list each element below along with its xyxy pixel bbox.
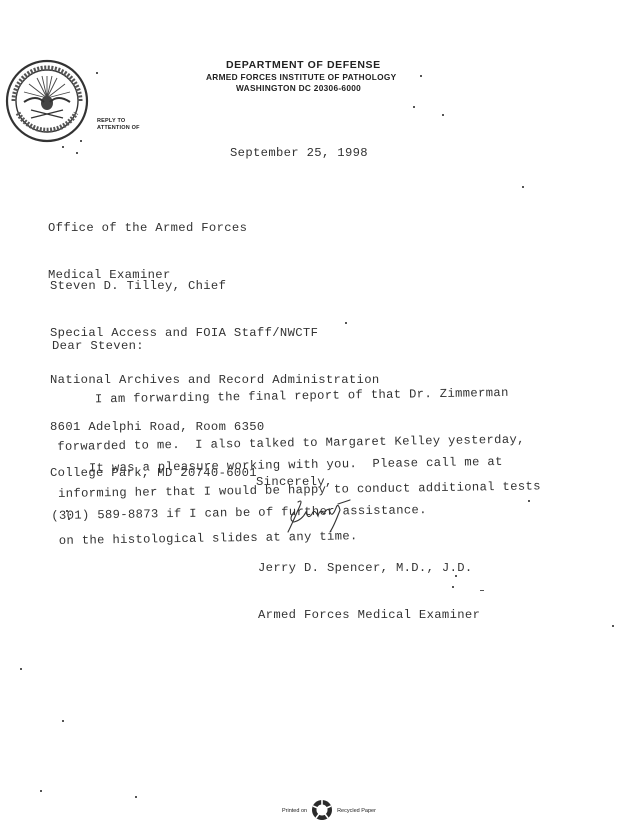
- footer-left-text: Printed on: [282, 808, 307, 814]
- scan-speck: [62, 720, 64, 722]
- reply-to-line: REPLY TO: [97, 118, 140, 125]
- scan-speck: [68, 518, 70, 520]
- scan-speck: [528, 500, 530, 502]
- scan-speck: [420, 75, 422, 77]
- scan-speck: [62, 146, 64, 148]
- scan-speck: [66, 510, 68, 512]
- signer-block: Jerry D. Spencer, M.D., J.D. Armed Force…: [258, 530, 480, 639]
- letterhead-institute: ARMED FORCES INSTITUTE OF PATHOLOGY: [206, 72, 396, 82]
- scan-speck: [522, 186, 524, 188]
- closing: Sincerely,: [256, 475, 333, 489]
- paragraph-line: I am forwarding the final report of that…: [56, 386, 539, 409]
- scan-speck: [96, 72, 98, 74]
- scan-speck: [40, 790, 42, 792]
- scan-speck: [442, 114, 444, 116]
- recycle-symbol-icon: [311, 799, 333, 823]
- scan-speck: [455, 575, 457, 577]
- footer-right-text: Recycled Paper: [337, 808, 376, 814]
- signer-title: Armed Forces Medical Examiner: [258, 608, 480, 624]
- department-of-defense-seal-icon: [4, 58, 90, 144]
- recycled-paper-footer: Printed on Recycled Paper: [282, 799, 376, 823]
- letterhead-address: WASHINGTON DC 20306-6000: [236, 83, 361, 93]
- sender-office-line: Office of the Armed Forces: [48, 221, 247, 237]
- letter-date: September 25, 1998: [230, 146, 368, 160]
- letterhead-department: DEPARTMENT OF DEFENSE: [226, 59, 381, 71]
- scan-speck: [452, 586, 454, 588]
- scan-speck: [135, 796, 137, 798]
- salutation: Dear Steven:: [52, 339, 144, 353]
- handwritten-signature-icon: [284, 498, 354, 534]
- scan-speck: [80, 140, 82, 142]
- scan-speck: [76, 152, 78, 154]
- scan-speck: [480, 590, 484, 591]
- signer-name: Jerry D. Spencer, M.D., J.D.: [258, 561, 480, 577]
- scan-speck: [413, 106, 415, 108]
- scan-speck: [345, 322, 347, 324]
- scan-speck: [612, 625, 614, 627]
- recipient-line: Steven D. Tilley, Chief: [50, 279, 380, 295]
- attention-of-line: ATTENTION OF: [97, 125, 140, 132]
- paragraph-line: (301) 589-8873 if I can be of further as…: [51, 502, 503, 525]
- scan-speck: [20, 668, 22, 670]
- reply-to-label: REPLY TO ATTENTION OF: [97, 118, 140, 132]
